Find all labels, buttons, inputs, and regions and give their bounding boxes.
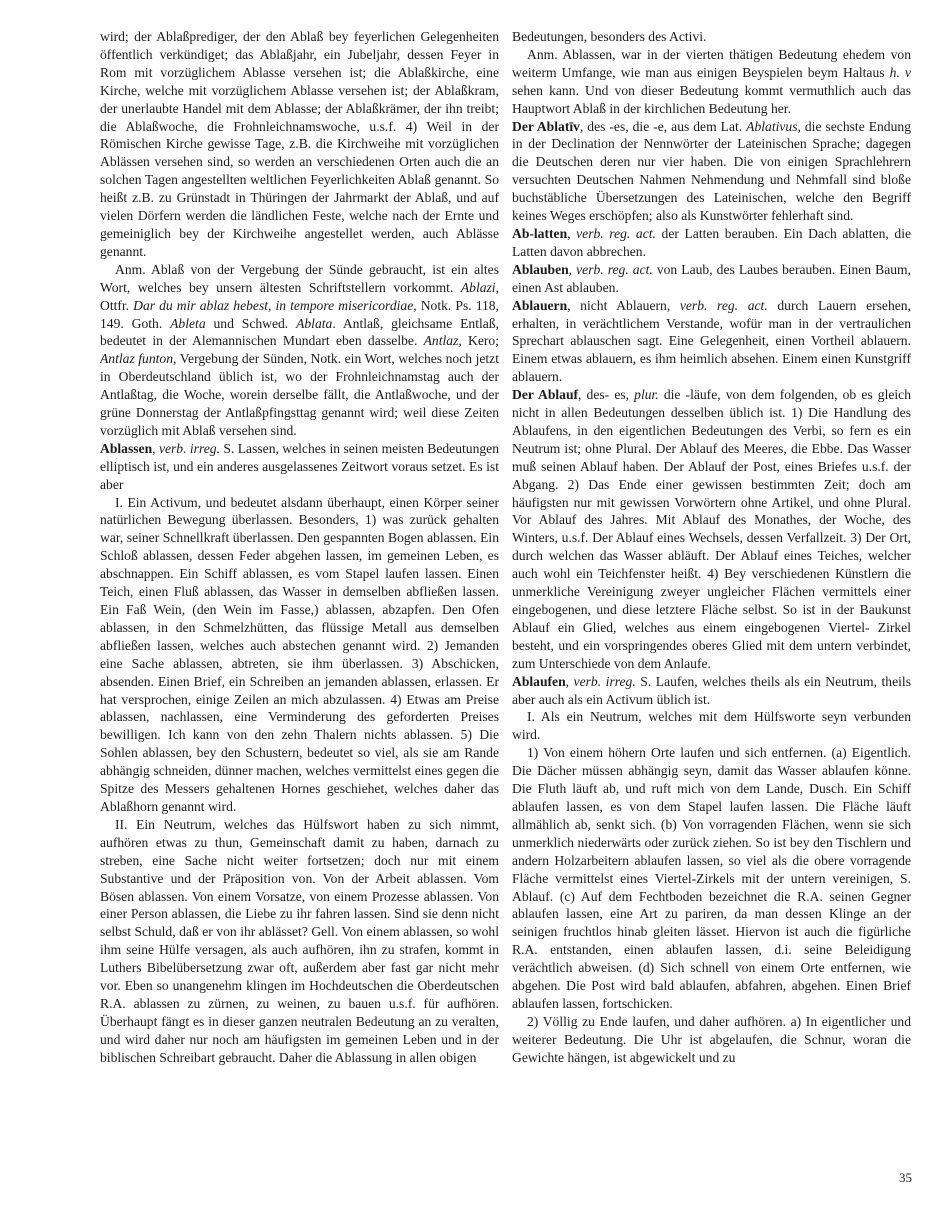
dictionary-entry: Ablauern, nicht Ablauern, verb. reg. act… [512,297,911,387]
italic-text: verb. irreg. [574,674,636,689]
paragraph: I. Ein Activum, und bedeutet alsdann übe… [100,494,499,816]
column-left: wird; der Ablaßprediger, der den Ablaß b… [100,28,499,1178]
italic-text: verb. reg. act. [576,262,653,277]
dictionary-entry: Ablauben, verb. reg. act. von Laub, des … [512,261,911,297]
body-text: , [566,674,574,689]
headword: Ab-latten [512,226,567,241]
body-text: , des- es, [578,387,634,402]
body-text: und Schwed. [206,316,296,331]
page-number: 35 [899,1170,912,1186]
dictionary-entry: Ab-latten, verb. reg. act. der Latten be… [512,225,911,261]
body-text: Anm. Ablassen, war in der vierten thätig… [512,47,911,80]
body-text: I. Als ein Neutrum, welches mit dem Hülf… [512,709,911,742]
headword: Ablauben [512,262,569,277]
body-text: Bedeutungen, besonders des Activi. [512,29,706,44]
body-text: Anm. Ablaß von der Vergebung der Sünde g… [100,262,499,295]
dictionary-entry: Ablaufen, verb. irreg. S. Laufen, welche… [512,673,911,709]
headword: Ablauern [512,298,567,313]
body-text: 2) Völlig zu Ende laufen, und daher aufh… [512,1014,911,1065]
paragraph: wird; der Ablaßprediger, der den Ablaß b… [100,28,499,261]
dictionary-entry: Der Ablauf, des- es, plur. die -läufe, v… [512,386,911,673]
dictionary-entry: Ablassen, verb. irreg. S. Lassen, welche… [100,440,499,494]
body-text: , die sechste Endung in der Declination … [512,119,911,224]
body-text: 1) Von einem höhern Orte laufen und sich… [512,745,911,1011]
italic-text: Antlaz [424,333,459,348]
body-text: , des -es, die -e, aus dem Lat. [580,119,746,134]
italic-text: verb. irreg. [159,441,220,456]
body-text: die -läufe, von dem folgenden, ob es gle… [512,387,911,671]
body-text: II. Ein Neutrum, welches das Hülfswort h… [100,817,499,1065]
column-right: Bedeutungen, besonders des Activi.Anm. A… [512,28,911,1178]
italic-text: plur. [634,387,659,402]
italic-text: Ablazi [461,280,496,295]
body-text: I. Ein Activum, und bedeutet alsdann übe… [100,495,499,814]
headword: Ablaufen [512,674,566,689]
italic-text: Antlaz funton [100,351,173,366]
body-text: , [569,262,576,277]
paragraph: I. Als ein Neutrum, welches mit dem Hülf… [512,708,911,744]
text-block: wird; der Ablaßprediger, der den Ablaß b… [100,28,911,1178]
paragraph: 1) Von einem höhern Orte laufen und sich… [512,744,911,1013]
italic-text: Ablata [296,316,332,331]
headword: Ablassen [100,441,152,456]
italic-text: h. v [890,65,911,80]
paragraph: Anm. Ablassen, war in der vierten thätig… [512,46,911,118]
dictionary-entry: Der Ablatīv, des -es, die -e, aus dem La… [512,118,911,225]
body-text: , nicht Ablauern, [567,298,680,313]
body-text: wird; der Ablaßprediger, der den Ablaß b… [100,29,499,259]
body-text: , Kero; [458,333,499,348]
italic-text: Dar du mir ablaz hebest, in tempore mise… [133,298,413,313]
italic-text: verb. reg. act. [576,226,656,241]
italic-text: Ablativus [746,119,797,134]
body-text: , [152,441,159,456]
body-text: , [567,226,576,241]
body-text: sehen kann. Und von dieser Bedeutung kom… [512,83,911,116]
headword: Der Ablauf [512,387,578,402]
paragraph: Anm. Ablaß von der Vergebung der Sünde g… [100,261,499,440]
italic-text: verb. reg. act. [680,298,768,313]
paragraph: 2) Völlig zu Ende laufen, und daher aufh… [512,1013,911,1067]
headword: Der Ablatīv [512,119,580,134]
paragraph: II. Ein Neutrum, welches das Hülfswort h… [100,816,499,1067]
dictionary-page: wird; der Ablaßprediger, der den Ablaß b… [0,0,935,1210]
paragraph: Bedeutungen, besonders des Activi. [512,28,911,46]
italic-text: Ableta [170,316,206,331]
